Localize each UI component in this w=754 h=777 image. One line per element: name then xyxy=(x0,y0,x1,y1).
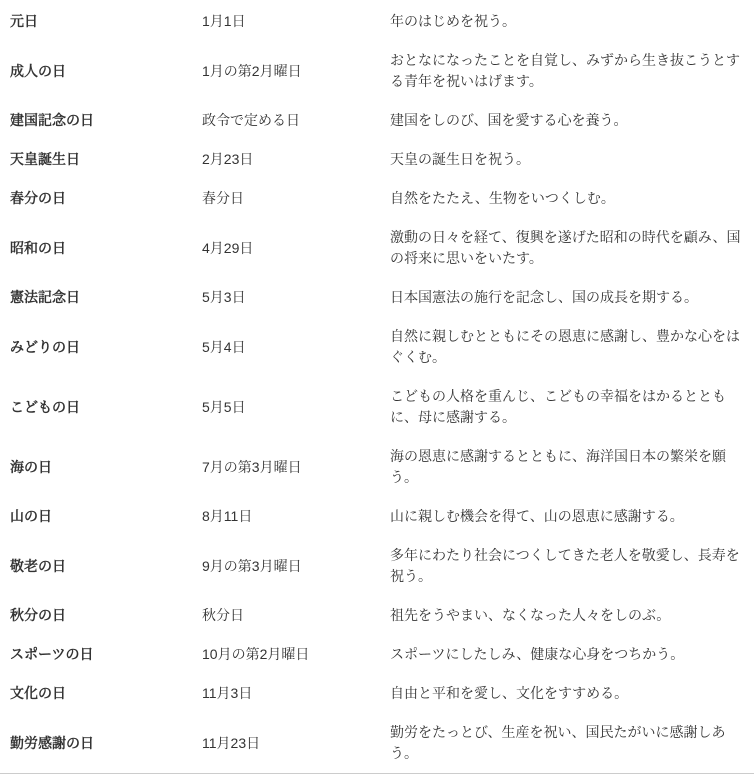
holiday-name: 勤労感謝の日 xyxy=(0,713,192,774)
holiday-name: 建国記念の日 xyxy=(0,101,192,140)
holiday-description: 海の恩恵に感謝するとともに、海洋国日本の繁栄を願う。 xyxy=(380,437,754,497)
holiday-description: 多年にわたり社会につくしてきた老人を敬愛し、長寿を祝う。 xyxy=(380,536,754,596)
holiday-name: 敬老の日 xyxy=(0,536,192,596)
holiday-date: 9月の第3月曜日 xyxy=(192,536,380,596)
holiday-name: 憲法記念日 xyxy=(0,278,192,317)
holiday-description: 山に親しむ機会を得て、山の恩恵に感謝する。 xyxy=(380,497,754,536)
holiday-row: こどもの日 5月5日 こどもの人格を重んじ、こどもの幸福をはかるとともに、母に感… xyxy=(0,377,754,437)
holidays-table-body: 元日 1月1日 年のはじめを祝う。 成人の日 1月の第2月曜日 おとなになったこ… xyxy=(0,2,754,774)
holiday-description: こどもの人格を重んじ、こどもの幸福をはかるとともに、母に感謝する。 xyxy=(380,377,754,437)
holiday-date: 8月11日 xyxy=(192,497,380,536)
holiday-description: 建国をしのび、国を愛する心を養う。 xyxy=(380,101,754,140)
holiday-row: 建国記念の日 政令で定める日 建国をしのび、国を愛する心を養う。 xyxy=(0,101,754,140)
holiday-name: みどりの日 xyxy=(0,317,192,377)
holiday-date: 2月23日 xyxy=(192,140,380,179)
holiday-row: 元日 1月1日 年のはじめを祝う。 xyxy=(0,2,754,41)
holiday-name: 春分の日 xyxy=(0,179,192,218)
holiday-row: 春分の日 春分日 自然をたたえ、生物をいつくしむ。 xyxy=(0,179,754,218)
holiday-date: 5月4日 xyxy=(192,317,380,377)
holiday-description: おとなになったことを自覚し、みずから生き抜こうとする青年を祝いはげます。 xyxy=(380,41,754,101)
holiday-date: 11月23日 xyxy=(192,713,380,774)
holiday-date: 4月29日 xyxy=(192,218,380,278)
holiday-description: 自然をたたえ、生物をいつくしむ。 xyxy=(380,179,754,218)
holiday-row: 敬老の日 9月の第3月曜日 多年にわたり社会につくしてきた老人を敬愛し、長寿を祝… xyxy=(0,536,754,596)
holiday-description: スポーツにしたしみ、健康な心身をつちかう。 xyxy=(380,635,754,674)
holiday-name: 成人の日 xyxy=(0,41,192,101)
holiday-description: 祖先をうやまい、なくなった人々をしのぶ。 xyxy=(380,596,754,635)
holiday-description: 激動の日々を経て、復興を遂げた昭和の時代を顧み、国の将来に思いをいたす。 xyxy=(380,218,754,278)
holiday-description: 自由と平和を愛し、文化をすすめる。 xyxy=(380,674,754,713)
holiday-row: 昭和の日 4月29日 激動の日々を経て、復興を遂げた昭和の時代を顧み、国の将来に… xyxy=(0,218,754,278)
holiday-name: 昭和の日 xyxy=(0,218,192,278)
holiday-date: 7月の第3月曜日 xyxy=(192,437,380,497)
holidays-table: 元日 1月1日 年のはじめを祝う。 成人の日 1月の第2月曜日 おとなになったこ… xyxy=(0,2,754,774)
holiday-name: 山の日 xyxy=(0,497,192,536)
holiday-row: 文化の日 11月3日 自由と平和を愛し、文化をすすめる。 xyxy=(0,674,754,713)
holiday-date: 1月1日 xyxy=(192,2,380,41)
holiday-description: 自然に親しむとともにその恩恵に感謝し、豊かな心をはぐくむ。 xyxy=(380,317,754,377)
holiday-date: 5月3日 xyxy=(192,278,380,317)
holiday-row: 成人の日 1月の第2月曜日 おとなになったことを自覚し、みずから生き抜こうとする… xyxy=(0,41,754,101)
holiday-name: 元日 xyxy=(0,2,192,41)
holiday-row: 天皇誕生日 2月23日 天皇の誕生日を祝う。 xyxy=(0,140,754,179)
holiday-description: 日本国憲法の施行を記念し、国の成長を期する。 xyxy=(380,278,754,317)
holiday-date: 政令で定める日 xyxy=(192,101,380,140)
holiday-row: 秋分の日 秋分日 祖先をうやまい、なくなった人々をしのぶ。 xyxy=(0,596,754,635)
holiday-date: 5月5日 xyxy=(192,377,380,437)
holiday-row: スポーツの日 10月の第2月曜日 スポーツにしたしみ、健康な心身をつちかう。 xyxy=(0,635,754,674)
holiday-description: 勤労をたっとび、生産を祝い、国民たがいに感謝しあう。 xyxy=(380,713,754,774)
holiday-row: 憲法記念日 5月3日 日本国憲法の施行を記念し、国の成長を期する。 xyxy=(0,278,754,317)
holiday-name: 天皇誕生日 xyxy=(0,140,192,179)
holiday-date: 1月の第2月曜日 xyxy=(192,41,380,101)
holiday-row: みどりの日 5月4日 自然に親しむとともにその恩恵に感謝し、豊かな心をはぐくむ。 xyxy=(0,317,754,377)
holiday-date: 春分日 xyxy=(192,179,380,218)
holiday-name: 海の日 xyxy=(0,437,192,497)
holiday-date: 10月の第2月曜日 xyxy=(192,635,380,674)
holiday-description: 天皇の誕生日を祝う。 xyxy=(380,140,754,179)
holiday-name: こどもの日 xyxy=(0,377,192,437)
holiday-row: 海の日 7月の第3月曜日 海の恩恵に感謝するとともに、海洋国日本の繁栄を願う。 xyxy=(0,437,754,497)
holiday-name: スポーツの日 xyxy=(0,635,192,674)
holiday-description: 年のはじめを祝う。 xyxy=(380,2,754,41)
holiday-row: 勤労感謝の日 11月23日 勤労をたっとび、生産を祝い、国民たがいに感謝しあう。 xyxy=(0,713,754,774)
holiday-name: 文化の日 xyxy=(0,674,192,713)
holiday-date: 秋分日 xyxy=(192,596,380,635)
holiday-date: 11月3日 xyxy=(192,674,380,713)
holiday-name: 秋分の日 xyxy=(0,596,192,635)
holiday-row: 山の日 8月11日 山に親しむ機会を得て、山の恩恵に感謝する。 xyxy=(0,497,754,536)
